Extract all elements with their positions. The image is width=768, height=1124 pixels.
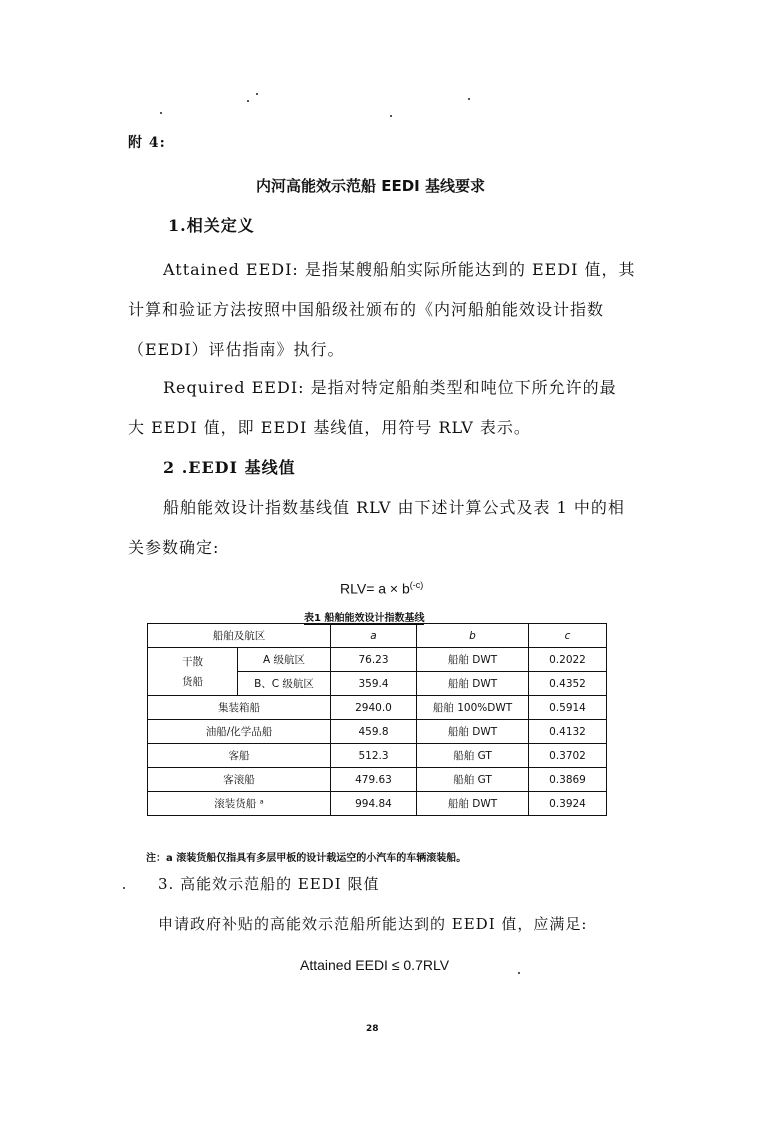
cell-type: 客船 xyxy=(148,744,331,768)
scan-speck xyxy=(468,98,470,100)
cell-c: 0.5914 xyxy=(529,696,607,720)
table-header-row: 船舶及航区 a b c xyxy=(148,624,607,648)
cell-type: 集装箱船 xyxy=(148,696,331,720)
cell-b: 船舶 DWT xyxy=(417,672,529,696)
scan-speck xyxy=(518,972,520,974)
section2-heading: 2 .EEDI 基线值 xyxy=(163,455,296,478)
cell-c: 0.3702 xyxy=(529,744,607,768)
cell-a: 512.3 xyxy=(331,744,417,768)
rlv-formula: RLV= a × b(-c) xyxy=(340,580,423,597)
cell-c: 0.4132 xyxy=(529,720,607,744)
table-row: 油船/化学品船 459.8 船舶 DWT 0.4132 xyxy=(148,720,607,744)
section3-heading: 3. 高能效示范船的 EEDI 限值 xyxy=(158,873,379,894)
section1-para1-line2: 计算和验证方法按照中国船级社颁布的《内河船舶能效设计指数 xyxy=(128,297,604,320)
attained-formula: Attained EEDI ≤ 0.7RLV xyxy=(300,957,449,973)
cell-b: 船舶 GT xyxy=(417,768,529,792)
cell-type: A 级航区 xyxy=(238,648,331,672)
cell-a: 479.63 xyxy=(331,768,417,792)
cell-b: 船舶 GT xyxy=(417,744,529,768)
section1-para1-line1: Attained EEDI: 是指某艘船舶实际所能达到的 EEDI 值，其 xyxy=(163,257,636,280)
header-c: c xyxy=(529,624,607,648)
scan-speck xyxy=(247,100,249,102)
table-row: 集装箱船 2940.0 船舶 100%DWT 0.5914 xyxy=(148,696,607,720)
cell-type: B、C 级航区 xyxy=(238,672,331,696)
scan-speck xyxy=(123,887,125,889)
section1-para2-line2: 大 EEDI 值，即 EEDI 基线值，用符号 RLV 表示。 xyxy=(128,415,531,438)
header-ship-type: 船舶及航区 xyxy=(148,624,331,648)
eedi-baseline-table: 船舶及航区 a b c 干散 货船 A 级航区 76.23 船舶 DWT 0.2… xyxy=(147,623,607,816)
table-row: 客滚船 479.63 船舶 GT 0.3869 xyxy=(148,768,607,792)
cell-c: 0.4352 xyxy=(529,672,607,696)
group-label-line1: 干散 xyxy=(182,656,203,668)
cell-a: 2940.0 xyxy=(331,696,417,720)
header-a: a xyxy=(331,624,417,648)
scan-speck xyxy=(160,112,162,114)
group-label-line2: 货船 xyxy=(182,676,203,688)
header-b: b xyxy=(417,624,529,648)
table-row: 客船 512.3 船舶 GT 0.3702 xyxy=(148,744,607,768)
table-row: 滚装货船 ᵃ 994.84 船舶 DWT 0.3924 xyxy=(148,792,607,816)
appendix-label: 附 4: xyxy=(128,132,166,152)
page-number: 28 xyxy=(366,1024,379,1034)
scan-speck xyxy=(390,115,392,117)
cell-a: 359.4 xyxy=(331,672,417,696)
cell-c: 0.2022 xyxy=(529,648,607,672)
section1-para1-line3: （EEDI）评估指南》执行。 xyxy=(128,337,345,360)
cell-type: 滚装货船 ᵃ xyxy=(148,792,331,816)
cell-a: 994.84 xyxy=(331,792,417,816)
group-dry-bulk: 干散 货船 xyxy=(148,648,238,696)
rlv-formula-base: RLV= a × b xyxy=(340,581,410,597)
cell-b: 船舶 DWT xyxy=(417,648,529,672)
document-title: 内河高能效示范船 EEDI 基线要求 xyxy=(256,175,485,196)
rlv-formula-exponent: (-c) xyxy=(410,580,424,590)
cell-b: 船舶 DWT xyxy=(417,720,529,744)
cell-a: 76.23 xyxy=(331,648,417,672)
table-row: 干散 货船 A 级航区 76.23 船舶 DWT 0.2022 xyxy=(148,648,607,672)
table-footnote: 注：a 滚装货船仅指具有多层甲板的设计载运空的小汽车的车辆滚装船。 xyxy=(146,849,466,864)
cell-b: 船舶 100%DWT xyxy=(417,696,529,720)
cell-a: 459.8 xyxy=(331,720,417,744)
section2-para-line1: 船舶能效设计指数基线值 RLV 由下述计算公式及表 1 中的相 xyxy=(163,495,625,518)
section2-para-line2: 关参数确定: xyxy=(128,535,219,558)
scan-speck xyxy=(256,93,258,95)
cell-type: 油船/化学品船 xyxy=(148,720,331,744)
cell-c: 0.3924 xyxy=(529,792,607,816)
cell-type: 客滚船 xyxy=(148,768,331,792)
cell-b: 船舶 DWT xyxy=(417,792,529,816)
section3-para-line1: 申请政府补贴的高能效示范船所能达到的 EEDI 值，应满足: xyxy=(158,913,587,934)
section1-para2-line1: Required EEDI: 是指对特定船舶类型和吨位下所允许的最 xyxy=(163,375,617,398)
cell-c: 0.3869 xyxy=(529,768,607,792)
section1-heading: 1.相关定义 xyxy=(168,213,255,236)
